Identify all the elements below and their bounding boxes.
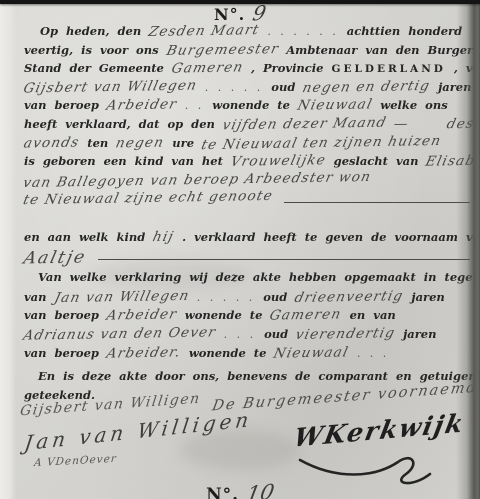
- printed-text: jaren: [411, 290, 444, 304]
- printed-text: wonende te: [189, 346, 267, 360]
- printed-text: welke ons: [380, 98, 447, 112]
- document-line: veertig, is voor onsBurgemeesterAmbtenaa…: [24, 42, 474, 61]
- scanned-document-page: N°. 9 Op heden, denZesden Maart. . . . .…: [0, 0, 480, 499]
- printed-text: jaren: [403, 327, 436, 341]
- handwritten-text: Nieuwaal: [296, 97, 374, 114]
- next-act-number-label: N°.: [206, 485, 239, 499]
- dotted-filler: . . . . .: [205, 81, 263, 94]
- next-act-number-value-handwritten: 10: [245, 480, 277, 499]
- printed-text: en van: [350, 308, 396, 322]
- document-body: Op heden, denZesden Maart. . . . . .acht…: [24, 23, 474, 406]
- dotted-filler: . .: [185, 99, 205, 112]
- printed-text: ten: [87, 136, 108, 150]
- printed-text: van beroep: [24, 308, 99, 322]
- printed-text: En is deze akte door ons, benevens de co…: [38, 369, 480, 383]
- document-line: heeft verklaard, dat op denvijfden dezer…: [24, 116, 474, 135]
- handwritten-text: Vrouwelijke: [229, 152, 328, 170]
- printed-text: veertig, is voor ons: [24, 43, 159, 57]
- act-number-header: N°. 9: [0, 1, 480, 25]
- document-line: en aan welk kindhij. verklaard heeft te …: [24, 229, 474, 248]
- printed-text: ure: [172, 136, 194, 150]
- printed-text: is geboren een kind van het: [24, 154, 223, 168]
- act-number-label: N°.: [214, 5, 245, 24]
- document-line: van beroepArbeiderwonende teGamerenen va…: [24, 307, 474, 326]
- handwritten-text: Adrianus van den Oever: [22, 324, 218, 343]
- document-line: Aaltje: [24, 248, 474, 267]
- dotted-filler: . . . . .: [197, 291, 255, 304]
- handwritten-text: Arbeider.: [105, 344, 183, 361]
- handwritten-text: van Ballegoyen van beroep Arbeedster won: [21, 169, 373, 191]
- printed-text: Stand der Gemeente: [24, 61, 164, 75]
- handwritten-text: Arbeider: [105, 307, 179, 324]
- document-line: Op heden, denZesden Maart. . . . . .acht…: [24, 23, 474, 42]
- scan-right-edge-shadow: [456, 0, 480, 499]
- dotted-filler: . . .: [357, 347, 389, 360]
- printed-text: van beroep: [24, 346, 99, 360]
- printed-text: , Provincie: [251, 61, 323, 75]
- handwritten-text: negen: [114, 134, 166, 151]
- printed-text: wonende te: [212, 98, 290, 112]
- printed-text: oud: [264, 327, 288, 341]
- handwritten-text: vijfden dezer Maand: [221, 115, 389, 134]
- handwritten-text: Gameren: [268, 307, 343, 324]
- document-line: Stand der GemeenteGameren, ProvincieGeld…: [24, 60, 474, 79]
- handwritten-text: avonds: [22, 134, 81, 151]
- printed-text: oud: [271, 80, 295, 94]
- dotted-filler: . . .: [224, 328, 256, 341]
- handwritten-text: negen en dertig: [301, 78, 432, 96]
- rule-line: [98, 259, 470, 260]
- handwritten-text: Jan van Willegen: [52, 288, 190, 306]
- scan-left-margin: [0, 4, 16, 499]
- document-line: is geboren een kind van hetVrouwelijkege…: [24, 153, 474, 172]
- printed-text: achttien honderd: [347, 24, 462, 38]
- rule-line: [284, 202, 470, 203]
- witness2-signature: A VDenOever: [34, 453, 118, 469]
- handwritten-text: Zesden Maart: [147, 22, 261, 40]
- scan-top-edge: [0, 0, 480, 4]
- printed-text: Op heden, den: [40, 24, 141, 38]
- document-line: van beroepArbeider.wonende teNieuwaal. .…: [24, 345, 474, 364]
- handwritten-text: Gijsbert van Willegen: [22, 77, 199, 96]
- printed-text: van beroep: [24, 98, 99, 112]
- handwritten-text: Burgemeester: [164, 41, 280, 59]
- printed-text: . verklaard heeft te geven de voornaam v…: [182, 230, 480, 244]
- document-line: Adrianus van den Oever. . .oudvierendert…: [24, 326, 474, 345]
- dotted-filler: . . . . . .: [267, 25, 338, 38]
- printed-text: wonende te: [185, 308, 263, 322]
- handwritten-text: hij: [151, 229, 176, 245]
- printed-text: geslacht van: [334, 154, 419, 168]
- printed-text: Van welke verklaring wij deze akte hebbe…: [38, 270, 480, 284]
- next-act-number-header: N°. 10: [0, 481, 480, 499]
- handwritten-text: drieenveertig: [293, 288, 405, 306]
- handwritten-text: Aaltje: [22, 247, 89, 268]
- smallcaps-text: Gelderland: [331, 63, 445, 75]
- handwritten-text: vierendertig: [294, 325, 397, 343]
- document-line: te Nieuwaal zijne echt genoote: [24, 190, 474, 209]
- document-line: vanJan van Willegen. . . . .ouddrieenvee…: [24, 289, 474, 308]
- handwritten-text: Gameren: [170, 60, 245, 77]
- handwritten-text: te Nieuwaal zijne echt genoote: [22, 188, 275, 208]
- printed-text: heeft verklaard, dat op den: [24, 117, 215, 131]
- document-line: avondstennegenurete Nieuwaal ten zijnen …: [24, 135, 474, 154]
- printed-text: Ambtenaar van den Burgerlijken: [286, 43, 480, 57]
- document-line: van beroepArbeider. .wonende teNieuwaalw…: [24, 97, 474, 116]
- handwritten-text: —: [392, 116, 410, 132]
- handwritten-text: Nieuwaal: [272, 344, 350, 361]
- document-line: Gijsbert van Willegen. . . . .oudnegen e…: [24, 79, 474, 98]
- printed-text: en aan welk kind: [24, 230, 145, 244]
- printed-text: van: [24, 290, 47, 304]
- handwritten-text: Arbeider: [105, 97, 179, 114]
- document-line: Van welke verklaring wij deze akte hebbe…: [24, 270, 474, 289]
- printed-text: oud: [263, 290, 287, 304]
- handwritten-text: te Nieuwaal ten zijnen huizen: [200, 132, 443, 152]
